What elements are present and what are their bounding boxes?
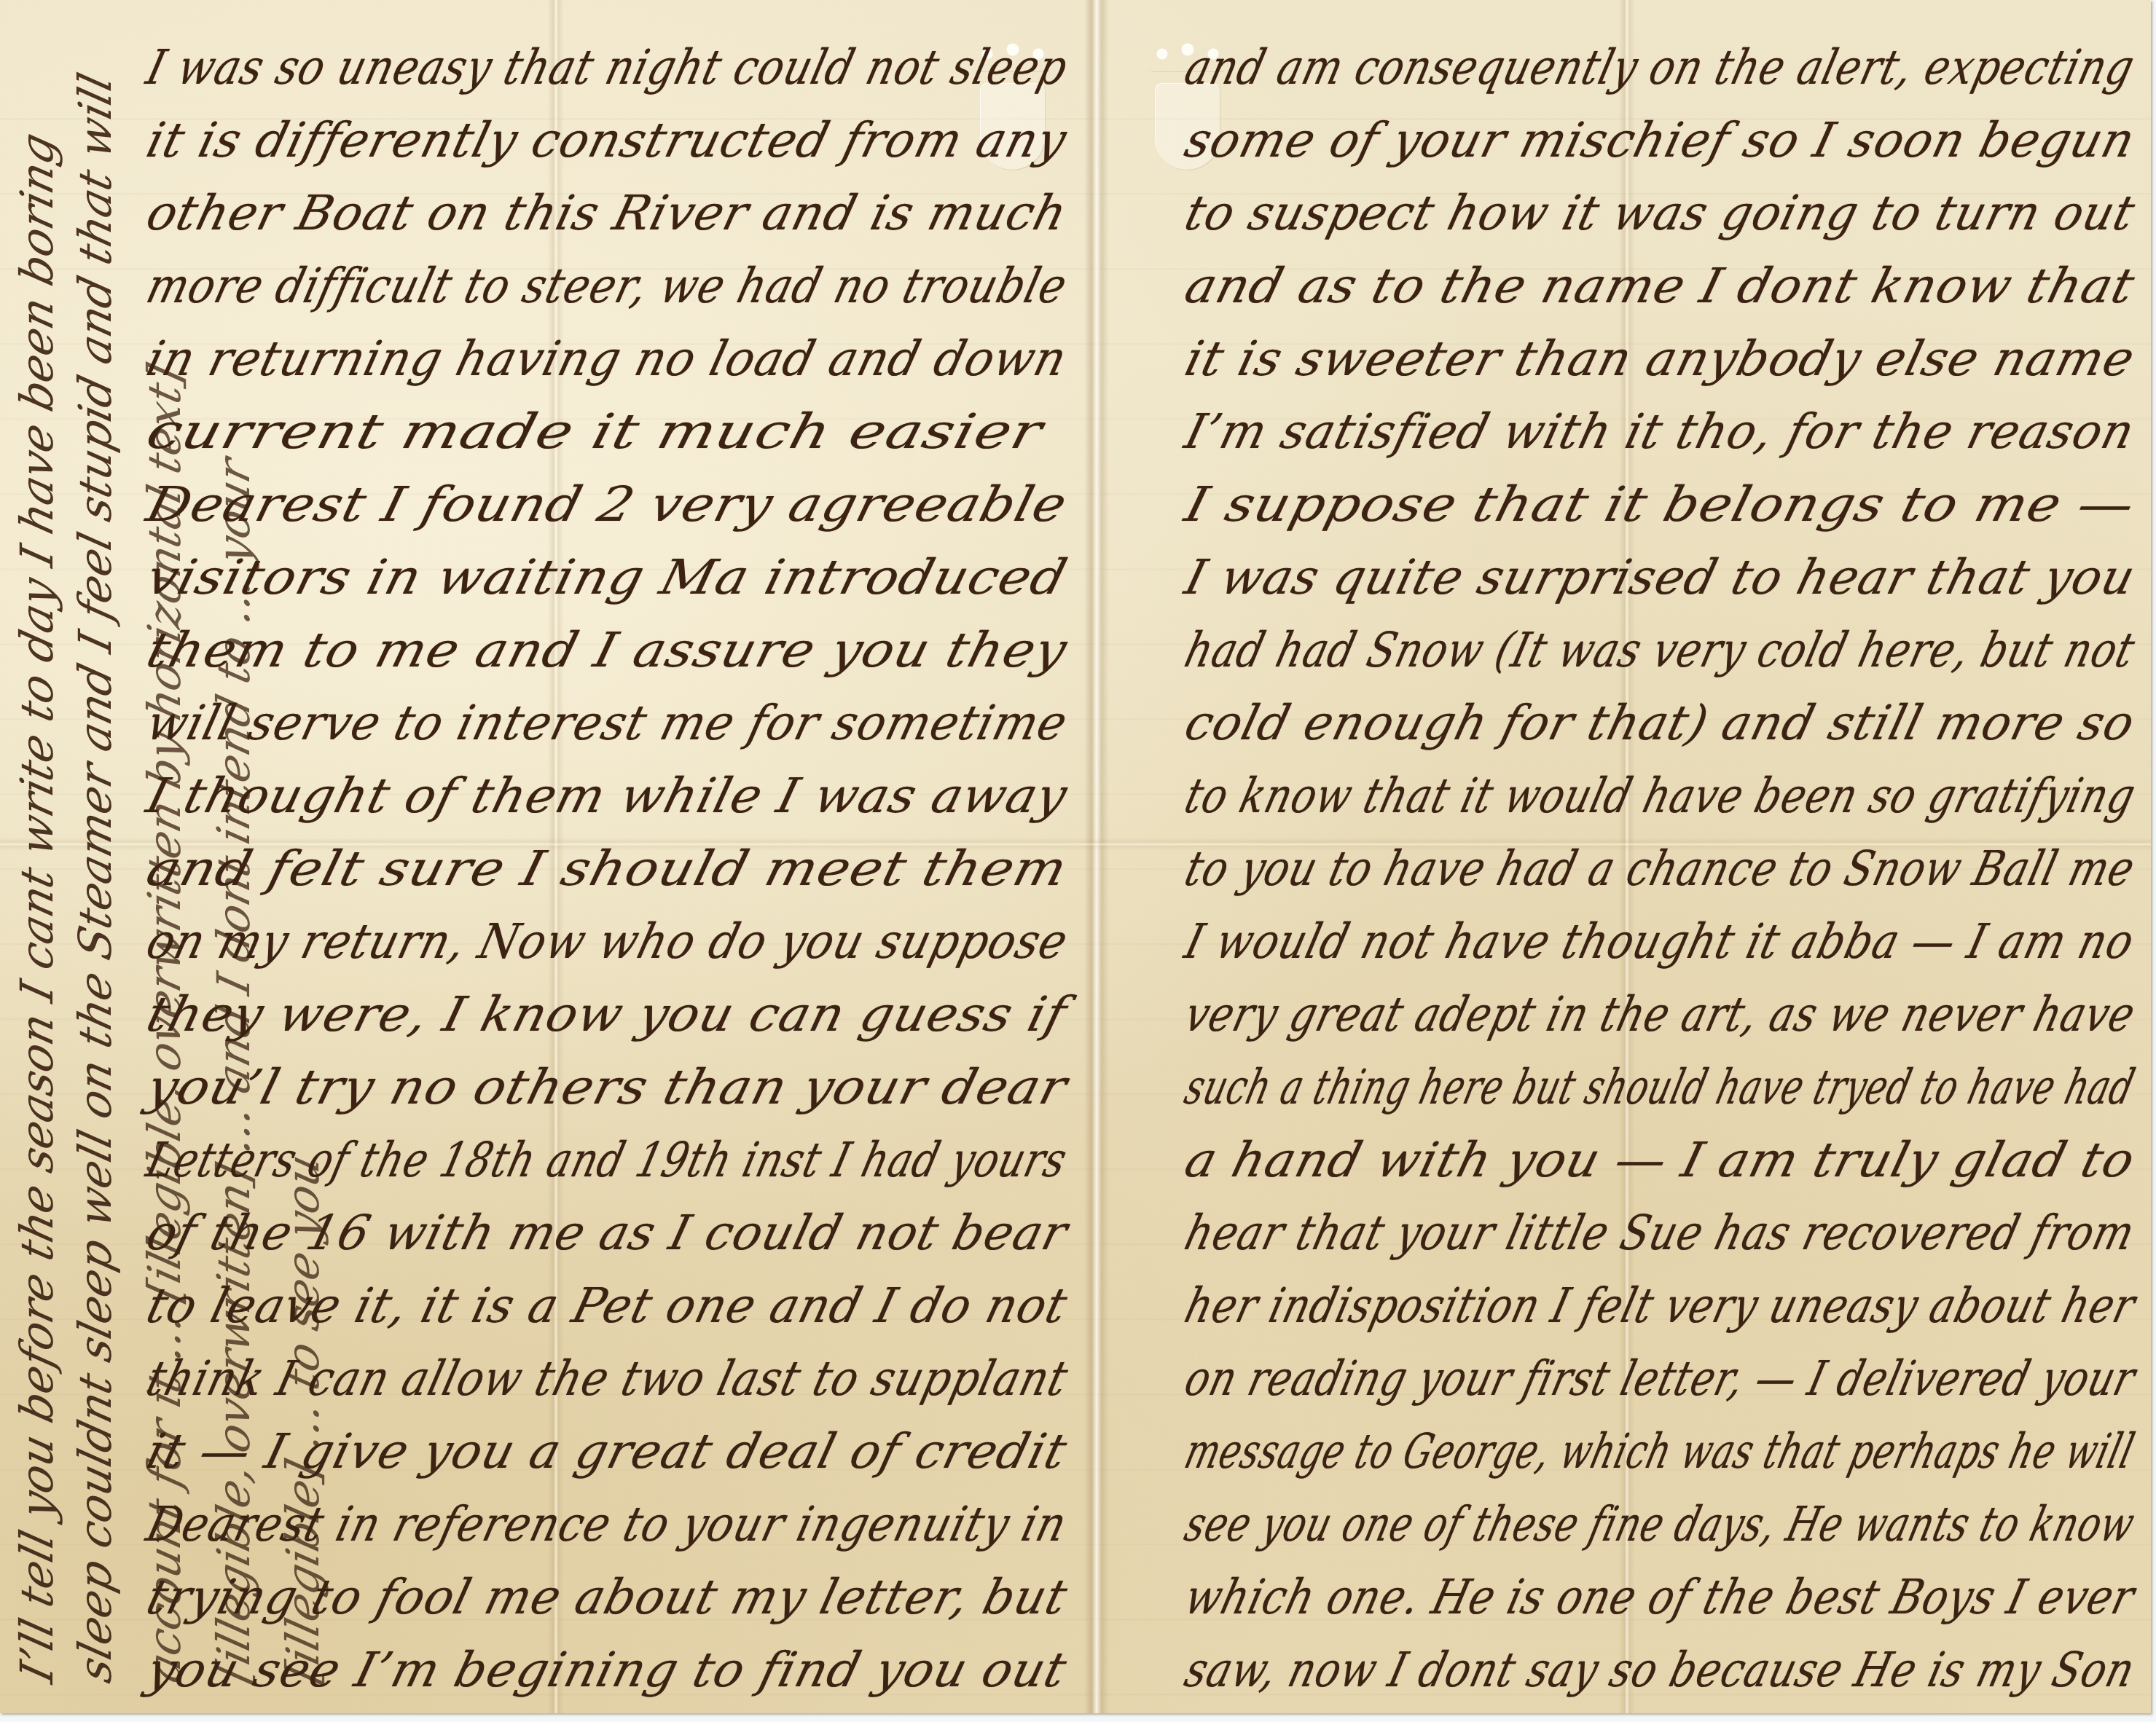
- text-line: you’l try no others than your dear: [142, 1064, 1072, 1112]
- text-line: hear that your little Sue has recovered …: [1180, 1209, 2139, 1257]
- text-line: a hand with you — I am truly glad to: [1180, 1136, 2140, 1184]
- text-line: Letters of the 18th and 19th inst I had …: [142, 1136, 1072, 1184]
- text-line: other Boat on this River and is much: [142, 189, 1072, 237]
- text-line: and felt sure I should meet them: [142, 845, 1072, 893]
- text-line: saw, now I dont say so because He is my …: [1180, 1646, 2139, 1694]
- text-line: I thought of them while I was away: [142, 772, 1073, 820]
- text-line: see you one of these fine days, He wants…: [1180, 1501, 2139, 1549]
- text-line: of the 16 with me as I could not bear: [142, 1209, 1073, 1257]
- text-line: I suppose that it belongs to me —: [1180, 481, 2140, 529]
- text-line: I was quite surprised to hear that you: [1180, 554, 2140, 602]
- text-line: which one. He is one of the best Boys I …: [1180, 1573, 2139, 1621]
- text-line: it is differently constructed from any: [142, 117, 1072, 165]
- text-line: visitors in waiting Ma introduced: [142, 554, 1072, 602]
- text-line: very great adept in the art, as we never…: [1180, 991, 2140, 1039]
- text-line: and am consequently on the alert, expect…: [1180, 44, 2139, 92]
- text-line: to leave it, it is a Pet one and I do no…: [142, 1282, 1073, 1330]
- text-line: them to me and I assure you they: [142, 626, 1072, 675]
- text-line: you see I’m begining to find you out: [142, 1646, 1072, 1694]
- text-line: think I can allow the two last to suppla…: [142, 1355, 1073, 1403]
- text-line: on reading your first letter, — I delive…: [1180, 1355, 2140, 1403]
- text-line: to know that it would have been so grati…: [1180, 772, 2140, 820]
- text-line: more difficult to steer, we had no troub…: [142, 262, 1072, 310]
- text-line: will serve to interest me for sometime: [142, 699, 1073, 747]
- text-line: I’m satisfied with it tho, for the reaso…: [1180, 408, 2139, 456]
- text-line: to suspect how it was going to turn out: [1180, 189, 2140, 237]
- text-line: to you to have had a chance to Snow Ball…: [1180, 845, 2139, 893]
- text-line: on my return, Now who do you suppose: [142, 918, 1073, 966]
- text-line: it — I give you a great deal of credit: [142, 1428, 1072, 1476]
- text-line: and as to the name I dont know that: [1180, 262, 2139, 310]
- text-line: in returning having no load and down: [142, 335, 1072, 383]
- text-line: her indisposition I felt very uneasy abo…: [1180, 1282, 2140, 1330]
- text-line: some of your mischief so I soon begun: [1180, 117, 2140, 165]
- text-line: they were, I know you can guess if: [142, 991, 1072, 1039]
- text-line: such a thing here but should have tryed …: [1180, 1064, 2139, 1112]
- text-line: Dearest in reference to your ingenuity i…: [142, 1501, 1072, 1549]
- text-line: cold enough for that) and still more so: [1180, 699, 2139, 747]
- text-line: I would not have thought it abba — I am …: [1180, 918, 2139, 966]
- text-line: Dearest I found 2 very agreeable: [142, 481, 1072, 529]
- text-line: I was so uneasy that night could not sle…: [142, 44, 1073, 92]
- margin-line: sleep couldnt sleep well on the Steamer …: [73, 69, 118, 1687]
- text-line: trying to fool me about my letter, but: [142, 1573, 1073, 1621]
- text-line: had had Snow (It was very cold here, but…: [1180, 626, 2140, 675]
- text-line: current made it much easier: [142, 408, 1048, 456]
- text-line: message to George, which was that perhap…: [1180, 1428, 2139, 1476]
- letter-sheet: I’ll tell you before the season I cant w…: [0, 0, 2151, 1713]
- center-fold: [1084, 0, 1109, 1713]
- margin-line: I’ll tell you before the season I cant w…: [15, 128, 60, 1686]
- text-line: it is sweeter than anybody else name: [1180, 335, 2139, 383]
